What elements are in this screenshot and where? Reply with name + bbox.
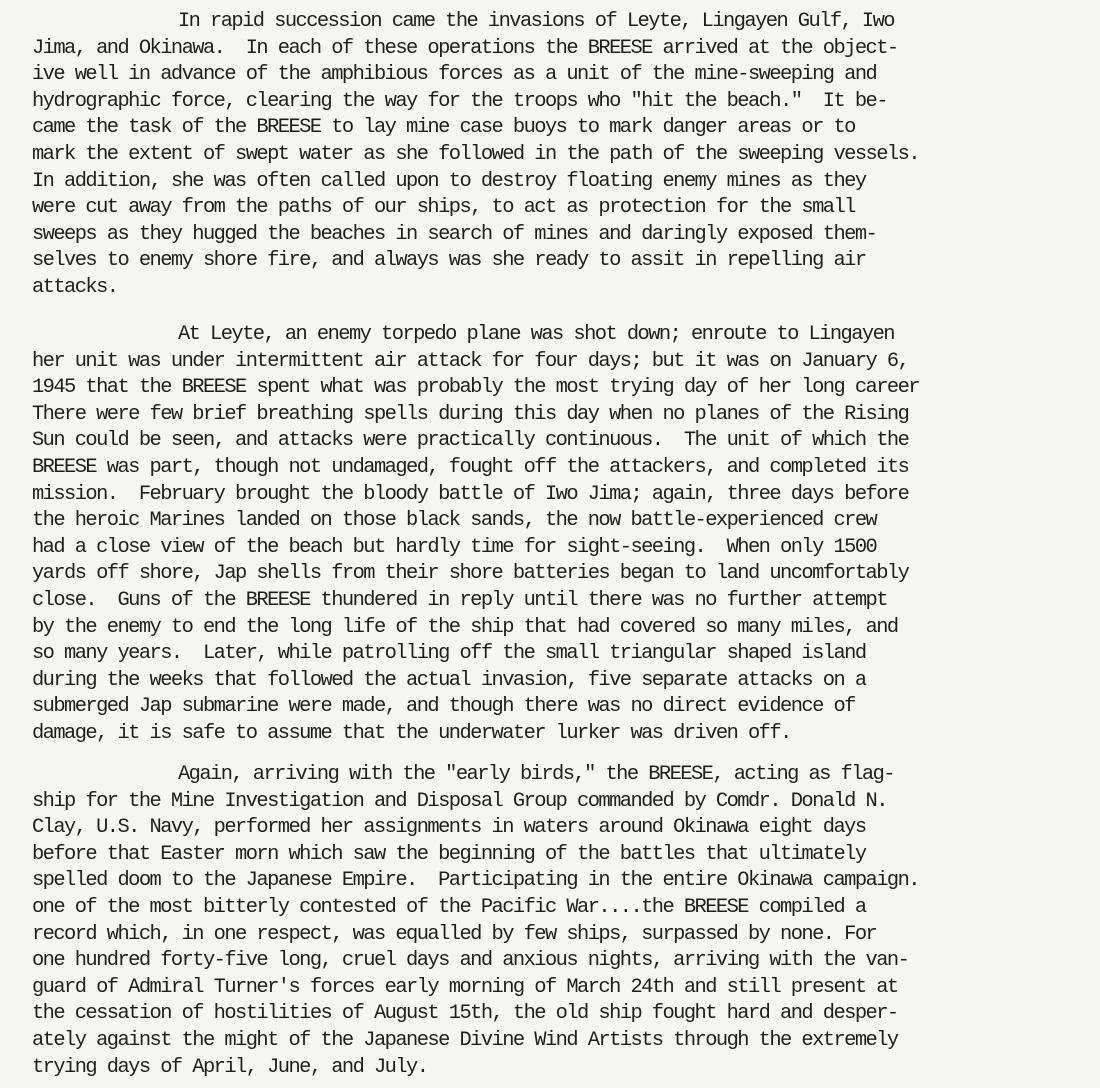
text-line: BREESE was part, though not undamaged, f… [32,455,1100,482]
text-line: record which, in one respect, was equall… [32,922,1100,949]
text-line: attacks. [32,275,1100,302]
text-line: one of the most bitterly contested of th… [32,895,1100,922]
text-line: spelled doom to the Japanese Empire. Par… [32,868,1100,895]
text-line: during the weeks that followed the actua… [32,668,1100,695]
text-line: her unit was under intermittent air atta… [32,349,1100,376]
text-line: selves to enemy shore fire, and always w… [32,248,1100,275]
text-line: yards off shore, Jap shells from their s… [32,561,1100,588]
text-line: sweeps as they hugged the beaches in sea… [32,222,1100,249]
text-line: In rapid succession came the invasions o… [32,9,1100,36]
text-line: ship for the Mine Investigation and Disp… [32,789,1100,816]
text-line: before that Easter morn which saw the be… [32,842,1100,869]
text-line: mark the extent of swept water as she fo… [32,142,1100,169]
text-line: damage, it is safe to assume that the un… [32,721,1100,748]
text-line: hydrographic force, clearing the way for… [32,89,1100,116]
text-line: Again, arriving with the "early birds," … [32,762,1100,789]
text-line: the cessation of hostilities of August 1… [32,1001,1100,1028]
text-line: had a close view of the beach but hardly… [32,535,1100,562]
text-line: 1945 that the BREESE spent what was prob… [32,375,1100,402]
typewritten-page: In rapid succession came the invasions o… [0,0,1100,1088]
text-line: Jima, and Okinawa. In each of these oper… [32,36,1100,63]
text-line: Sun could be seen, and attacks were prac… [32,428,1100,455]
text-line: mission. February brought the bloody bat… [32,482,1100,509]
text-line: came the task of the BREESE to lay mine … [32,115,1100,142]
text-line: Clay, U.S. Navy, performed her assignmen… [32,815,1100,842]
text-line: were cut away from the paths of our ship… [32,195,1100,222]
text-line: so many years. Later, while patrolling o… [32,641,1100,668]
text-line: one hundred forty-five long, cruel days … [32,948,1100,975]
text-line: There were few brief breathing spells du… [32,402,1100,429]
text-line: the heroic Marines landed on those black… [32,508,1100,535]
text-line: ive well in advance of the amphibious fo… [32,62,1100,89]
text-line: In addition, she was often called upon t… [32,169,1100,196]
text-line: close. Guns of the BREESE thundered in r… [32,588,1100,615]
paragraph-invasions: In rapid succession came the invasions o… [32,9,1100,302]
paragraph-okinawa: Again, arriving with the "early birds," … [32,762,1100,1081]
text-line: trying days of April, June, and July. [32,1055,1100,1082]
text-line: ately against the might of the Japanese … [32,1028,1100,1055]
text-line: submerged Jap submarine were made, and t… [32,694,1100,721]
text-line: guard of Admiral Turner's forces early m… [32,975,1100,1002]
text-line: by the enemy to end the long life of the… [32,615,1100,642]
text-line: At Leyte, an enemy torpedo plane was sho… [32,322,1100,349]
paragraph-leyte-iwo-jima: At Leyte, an enemy torpedo plane was sho… [32,322,1100,748]
